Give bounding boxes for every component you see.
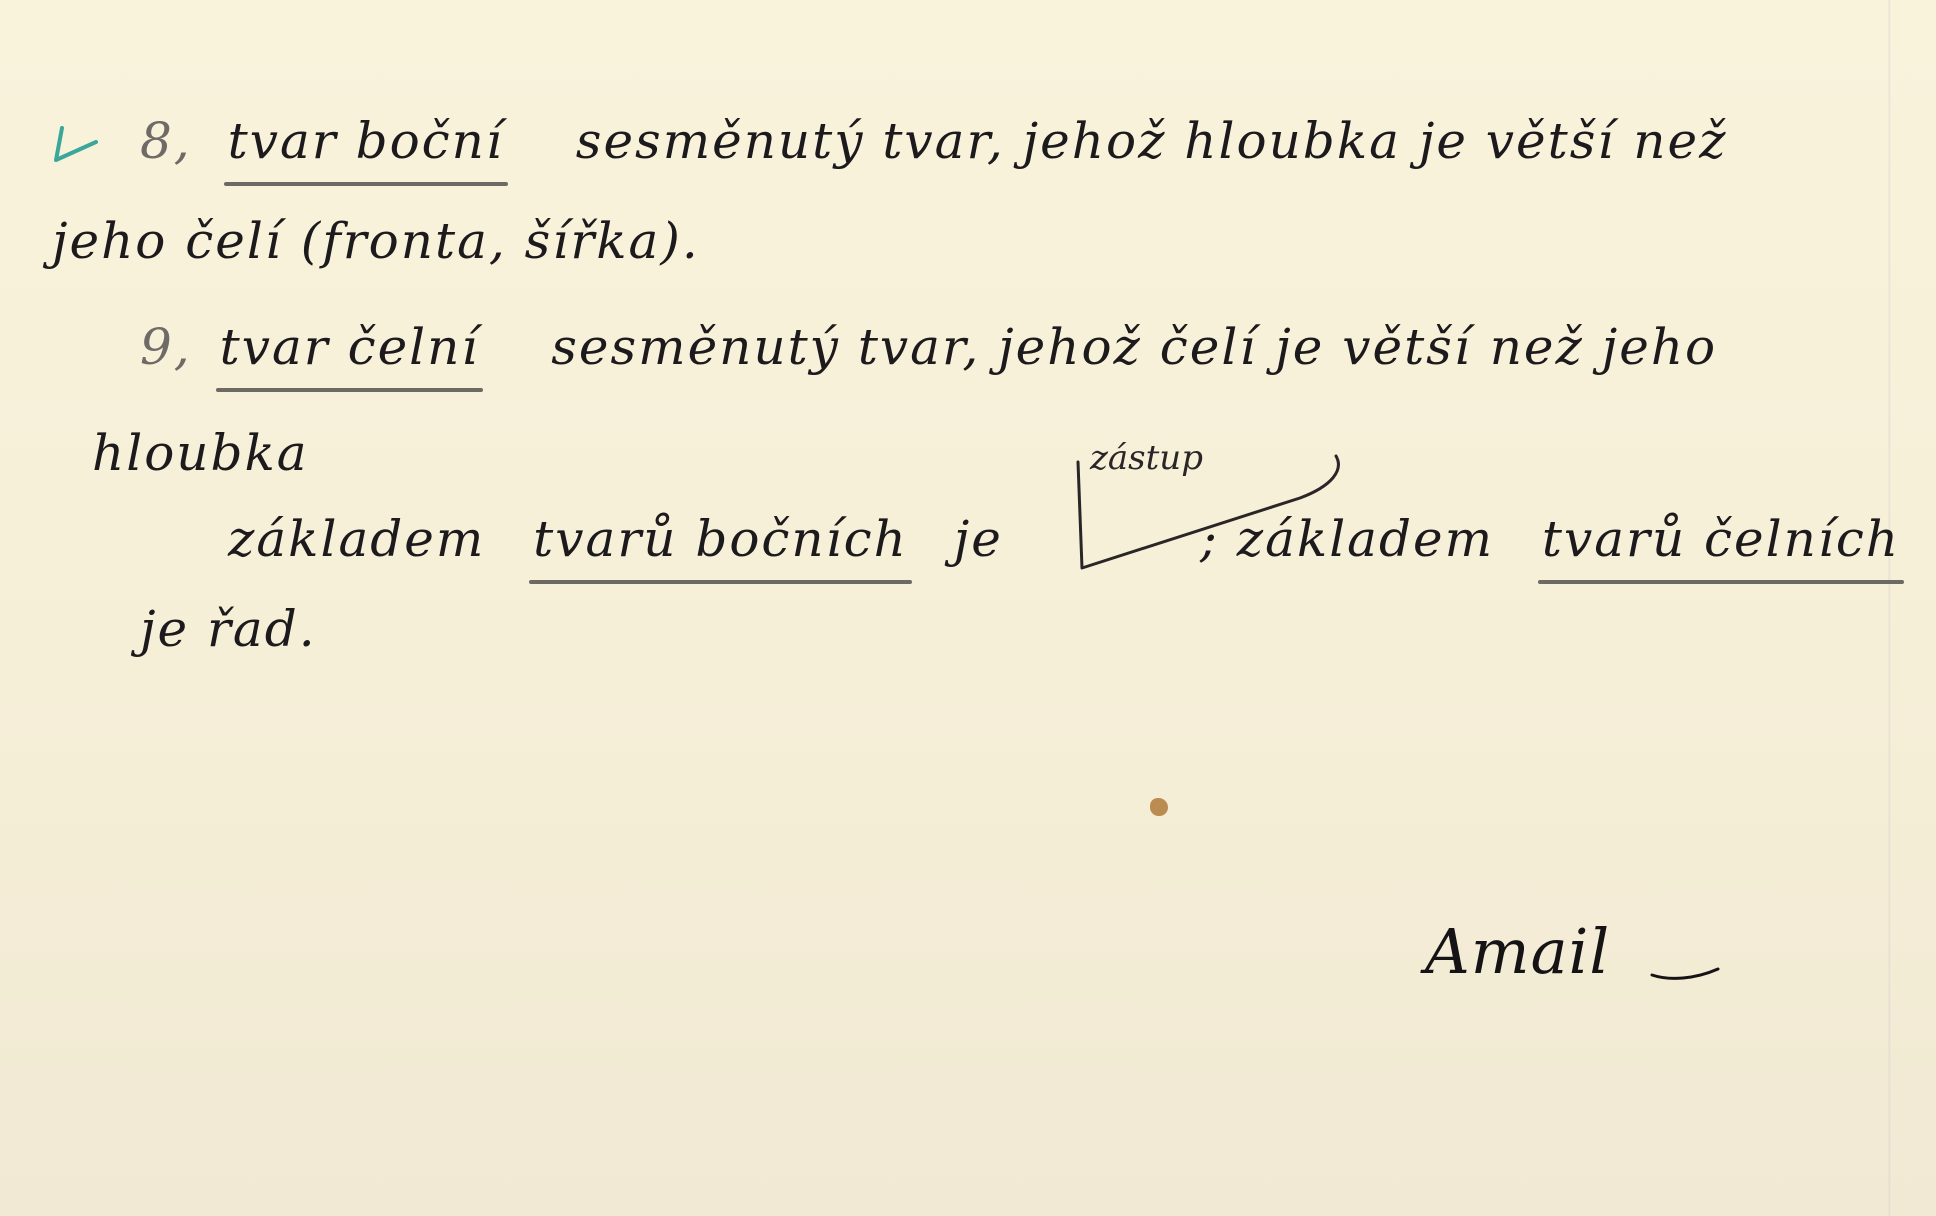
entry-9-continued: hloubka: [92, 424, 309, 482]
inserted-word: zástup: [1090, 438, 1203, 478]
basis-line-end: je řad.: [140, 600, 317, 658]
basis-line-continued: ; základem tvarů čelních: [1200, 510, 1900, 568]
entry-number: 8,: [140, 112, 192, 170]
check-mark-icon: [52, 124, 98, 164]
definition-continued: hloubka: [92, 424, 309, 482]
note-card: 8, tvar boční sesměnutý tvar, jehož hlou…: [0, 0, 1936, 1216]
definition: sesměnutý tvar, jehož čelí je větší než …: [551, 318, 1717, 376]
signature: Amail: [1425, 915, 1610, 988]
basis-prefix: základem: [228, 510, 485, 568]
entry-number: 9,: [140, 318, 192, 376]
basis-middle: je: [954, 510, 1003, 568]
signature-flourish: [1650, 965, 1720, 981]
basis-line: základem tvarů bočních je: [228, 510, 1003, 568]
basis-after-insert: ; základem: [1200, 510, 1494, 568]
basis-end: je řad.: [140, 600, 317, 658]
term-underlined: tvar čelní: [220, 318, 480, 376]
term-underlined: tvarů bočních: [533, 510, 908, 568]
term-underlined: tvarů čelních: [1542, 510, 1900, 568]
term-underlined: tvar boční: [228, 112, 504, 170]
ink-stain: [1150, 798, 1168, 816]
definition: sesměnutý tvar, jehož hloubka je větší n…: [576, 112, 1728, 170]
definition-continued: jeho čelí (fronta, šířka).: [52, 212, 700, 270]
entry-8-continued: jeho čelí (fronta, šířka).: [52, 212, 700, 270]
entry-9: 9, tvar čelní sesměnutý tvar, jehož čelí…: [140, 318, 1717, 376]
entry-8: 8, tvar boční sesměnutý tvar, jehož hlou…: [140, 112, 1727, 170]
